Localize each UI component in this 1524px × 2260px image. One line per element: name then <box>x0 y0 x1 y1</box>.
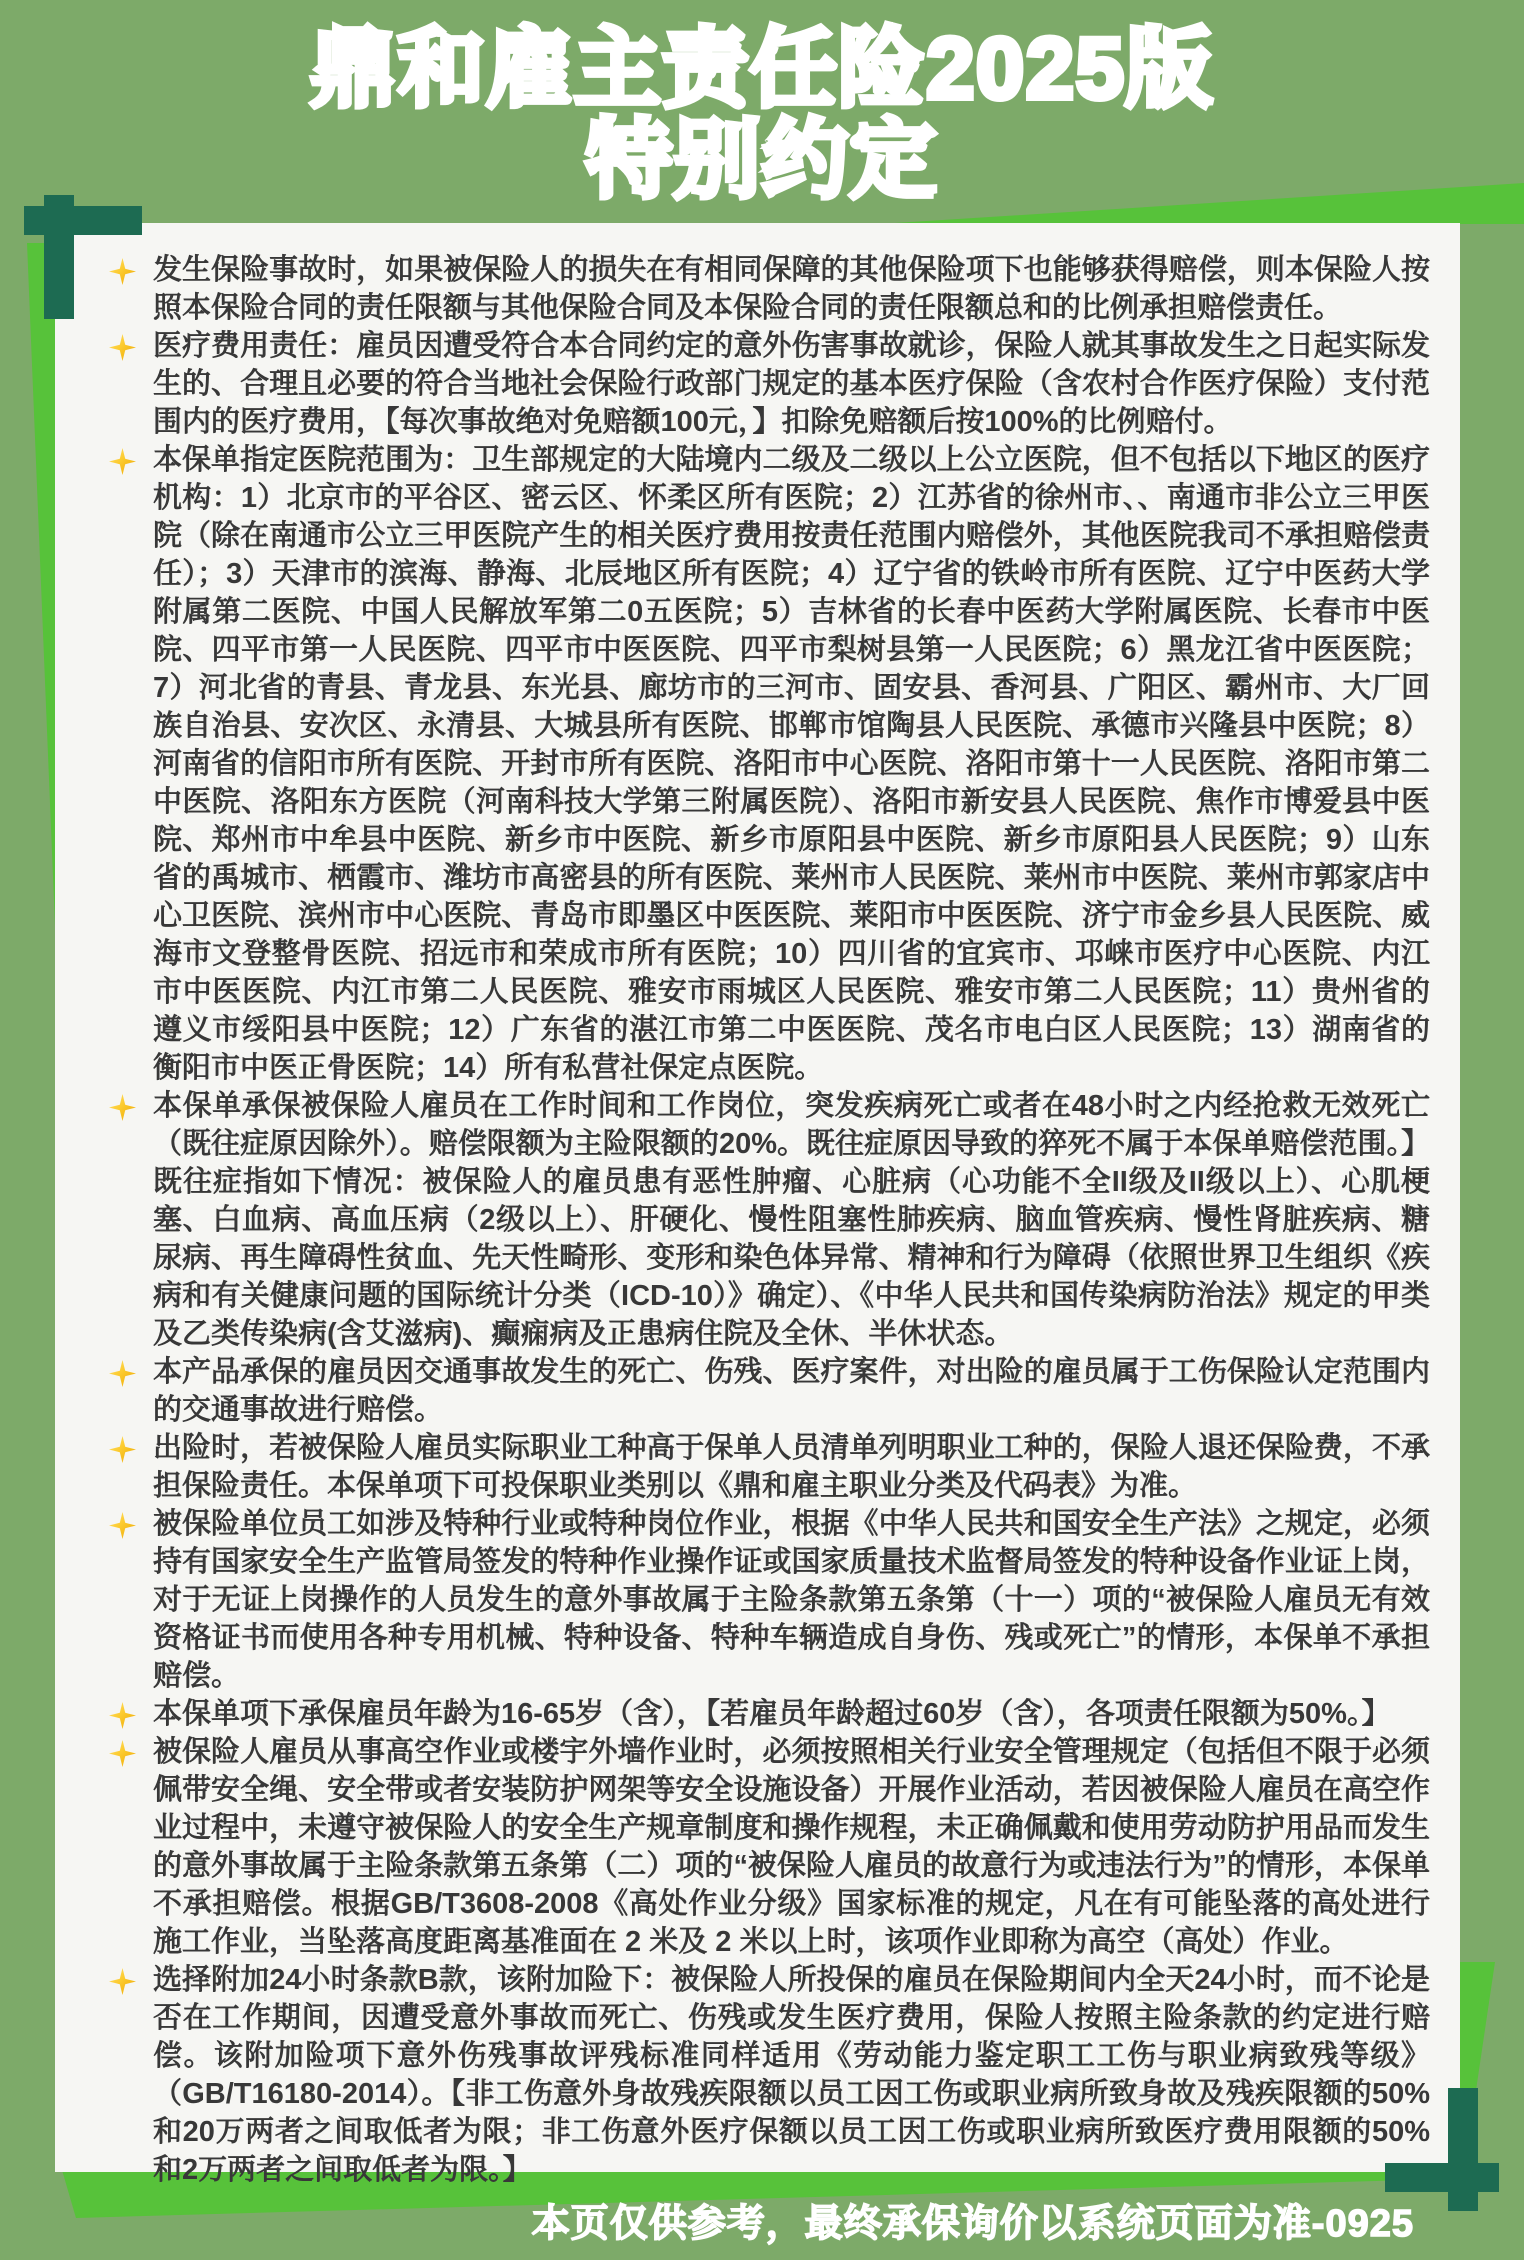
footer-disclaimer: 本页仅供参考，最终承保询价以系统页面为准-0925 <box>532 2192 1414 2247</box>
term-item: 被保险人雇员从事高空作业或楼宇外墙作业时，必须按照相关行业安全管理规定（包括但不… <box>109 1733 1430 1961</box>
term-text: 发生保险事故时，如果被保险人的损失在有相同保障的其他保险项下也能够获得赔偿，则本… <box>153 254 1430 324</box>
term-item: 出险时，若被保险人雇员实际职业工种高于保单人员清单列明职业工种的，保险人退还保险… <box>109 1429 1430 1505</box>
special-terms-list: 发生保险事故时，如果被保险人的损失在有相同保障的其他保险项下也能够获得赔偿，则本… <box>109 251 1430 2189</box>
sparkle-bullet-icon <box>109 258 136 285</box>
page-title-line1: 鼎和雇主责任险2025版 <box>0 24 1524 115</box>
term-item: 选择附加24小时条款B款，该附加险下：被保险人所投保的雇员在保险期间内全天24小… <box>109 1961 1430 2189</box>
sparkle-bullet-icon <box>109 1740 136 1767</box>
term-text: 被保险人雇员从事高空作业或楼宇外墙作业时，必须按照相关行业安全管理规定（包括但不… <box>153 1736 1430 1958</box>
page-title-line2: 特别约定 <box>0 115 1524 206</box>
term-text: 医疗费用责任：雇员因遭受符合本合同约定的意外伤害事故就诊，保险人就其事故发生之日… <box>153 330 1430 438</box>
sparkle-bullet-icon <box>109 1360 136 1387</box>
sparkle-bullet-icon <box>109 1968 136 1995</box>
plus-cross-decoration-bottom-right-vertical <box>1448 2088 1478 2211</box>
term-item: 本产品承保的雇员因交通事故发生的死亡、伤残、医疗案件，对出险的雇员属于工伤保险认… <box>109 1353 1430 1429</box>
sparkle-bullet-icon <box>109 1702 136 1729</box>
term-item: 被保险单位员工如涉及特种行业或特种岗位作业，根据《中华人民共和国安全生产法》之规… <box>109 1505 1430 1695</box>
special-terms-card: 发生保险事故时，如果被保险人的损失在有相同保障的其他保险项下也能够获得赔偿，则本… <box>55 223 1460 2172</box>
term-text: 本产品承保的雇员因交通事故发生的死亡、伤残、医疗案件，对出险的雇员属于工伤保险认… <box>153 1356 1430 1426</box>
page-title: 鼎和雇主责任险2025版 特别约定 <box>0 24 1524 206</box>
plus-cross-decoration-top-left-horizontal <box>24 206 142 235</box>
sparkle-bullet-icon <box>109 1512 136 1539</box>
term-item: 本保单项下承保雇员年龄为16-65岁（含），【若雇员年龄超过60岁（含），各项责… <box>109 1695 1430 1733</box>
sparkle-bullet-icon <box>109 1436 136 1463</box>
sparkle-bullet-icon <box>109 334 136 361</box>
term-text: 出险时，若被保险人雇员实际职业工种高于保单人员清单列明职业工种的，保险人退还保险… <box>153 1432 1430 1502</box>
term-item: 本保单指定医院范围为：卫生部规定的大陆境内二级及二级以上公立医院，但不包括以下地… <box>109 441 1430 1087</box>
term-item: 医疗费用责任：雇员因遭受符合本合同约定的意外伤害事故就诊，保险人就其事故发生之日… <box>109 327 1430 441</box>
term-text: 本保单承保被保险人雇员在工作时间和工作岗位，突发疾病死亡或者在48小时之内经抢救… <box>153 1090 1430 1350</box>
term-text: 本保单项下承保雇员年龄为16-65岁（含），【若雇员年龄超过60岁（含），各项责… <box>153 1698 1390 1730</box>
sparkle-bullet-icon <box>109 448 136 475</box>
term-text: 本保单指定医院范围为：卫生部规定的大陆境内二级及二级以上公立医院，但不包括以下地… <box>153 444 1430 1084</box>
term-text: 选择附加24小时条款B款，该附加险下：被保险人所投保的雇员在保险期间内全天24小… <box>153 1964 1430 2186</box>
term-item: 本保单承保被保险人雇员在工作时间和工作岗位，突发疾病死亡或者在48小时之内经抢救… <box>109 1087 1430 1353</box>
term-item: 发生保险事故时，如果被保险人的损失在有相同保障的其他保险项下也能够获得赔偿，则本… <box>109 251 1430 327</box>
term-text: 被保险单位员工如涉及特种行业或特种岗位作业，根据《中华人民共和国安全生产法》之规… <box>153 1508 1430 1692</box>
plus-cross-decoration-bottom-right-horizontal <box>1385 2163 1499 2192</box>
sparkle-bullet-icon <box>109 1094 136 1121</box>
